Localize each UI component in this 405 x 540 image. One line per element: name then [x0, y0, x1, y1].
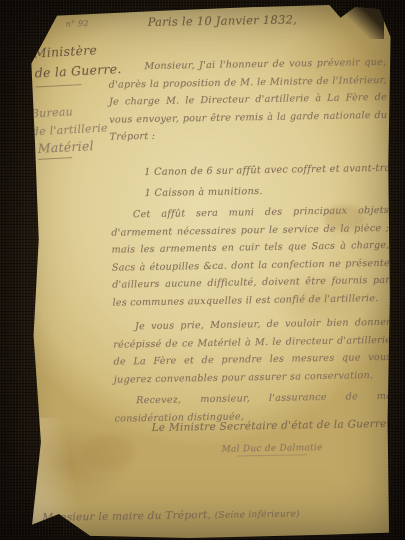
letter-paper: n° 92 Paris le 10 Janvier 1832, Ministèr…: [24, 5, 392, 538]
recipient-address: Monsieur le maire du Tréport, (Seine inf…: [42, 507, 300, 523]
paragraph-indent: [108, 69, 144, 70]
paragraph-2-text: Cet affût sera muni des principaux objet…: [111, 205, 390, 308]
materiel-text: Matériel: [37, 138, 94, 156]
materiel-label: Matériel: [37, 138, 94, 160]
letter-content: n° 92 Paris le 10 Janvier 1832, Ministèr…: [19, 2, 396, 540]
signature-name: Mal Duc de Dalmatie: [207, 443, 337, 457]
recipient-department: (Seine inférieure): [215, 509, 300, 520]
materiel-list: 1 Canon de 6 sur affût avec coffret et a…: [144, 158, 401, 204]
bureau-label: Bureau de l'artillerie: [30, 101, 108, 141]
paragraph-3-text: Je vous prie, Monsieur, de vouloir bien …: [113, 317, 391, 385]
list-item-caisson: 1 Caisson à munitions.: [144, 179, 401, 204]
paragraph-1: Monsieur, J'ai l'honneur de vous préveni…: [108, 54, 387, 146]
paragraph-1-text: Monsieur, J'ai l'honneur de vous préveni…: [109, 57, 388, 143]
list-item-cannon: 1 Canon de 6 sur affût avec coffret et a…: [144, 158, 401, 183]
materiel-underline: [38, 157, 72, 160]
paragraph-2: Cet affût sera muni des principaux objet…: [111, 202, 391, 312]
bureau-line2: de l'artillerie: [31, 119, 108, 141]
ministry-underline: [36, 84, 82, 87]
recipient-name: Monsieur le maire du Tréport,: [42, 509, 211, 524]
reference-number: n° 92: [66, 19, 89, 28]
photo-background: n° 92 Paris le 10 Janvier 1832, Ministèr…: [0, 0, 405, 540]
dateline: Paris le 10 Janvier 1832,: [148, 12, 298, 29]
paragraph-3: Je vous prie, Monsieur, de vouloir bien …: [113, 314, 392, 389]
